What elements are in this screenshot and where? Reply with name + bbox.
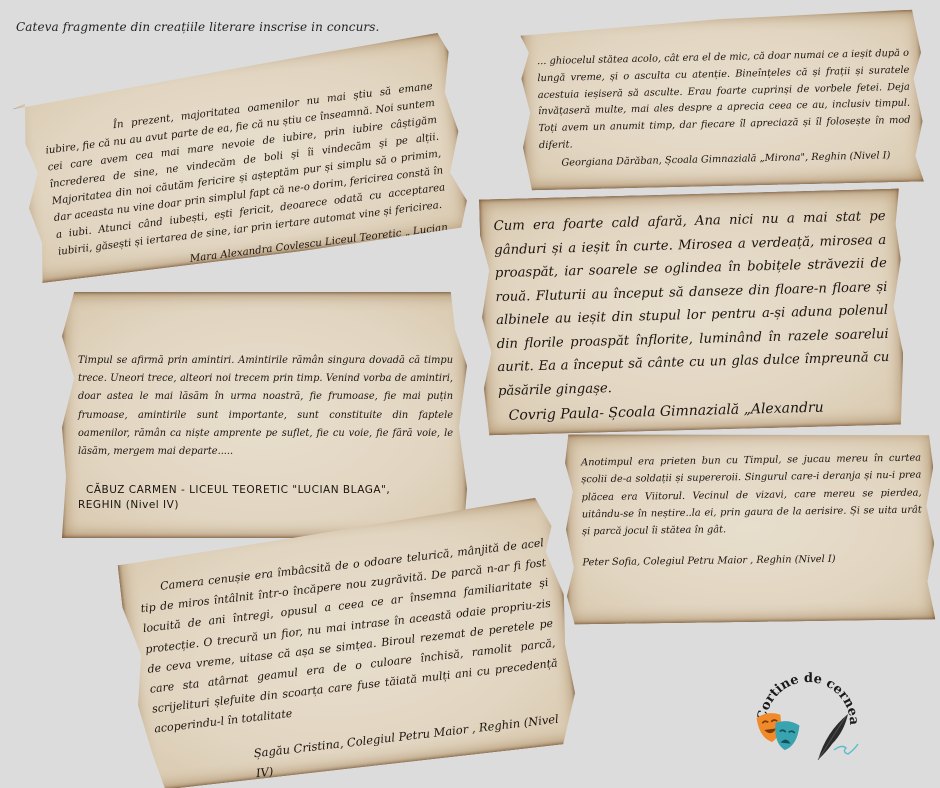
fragment-text: Anotimpul era prieten bun cu Timpul, se …	[581, 450, 922, 541]
fragment-text: ... ghiocelul stătea acolo, cât era el d…	[537, 46, 911, 155]
signature-line-1: CĂBUZ CARMEN - LICEUL TEORETIC "LUCIAN B…	[78, 484, 390, 496]
fragment-card-cabuz: Timpul se afirmă prin amintiri. Amintiri…	[62, 292, 467, 538]
fragment-text: Cum era foarte cald afară, Ana nici nu a…	[493, 205, 890, 403]
fragment-signature: Peter Sofia, Colegiul Petru Maior , Regh…	[582, 550, 922, 572]
page-headline: Cateva fragmente din creațiile literare …	[16, 20, 379, 34]
fragment-text: Camera cenușie era îmbâcsită de o odoare…	[137, 533, 561, 740]
fragment-text: Timpul se afirmă prin amintiri. Amintiri…	[78, 352, 453, 461]
tragedy-mask-icon	[773, 720, 800, 751]
fragment-card-covlescu: În prezent, majoritatea oamenilor nu mai…	[9, 32, 470, 284]
signature-line-2: REGHIN (Nivel IV)	[78, 499, 179, 511]
cortine-de-cerneala-logo: Cortine de cerneală	[748, 652, 868, 762]
fragment-card-covrig: Cum era foarte cald afară, Ana nici nu a…	[479, 189, 905, 436]
fragment-card-peter: Anotimpul era prieten bun cu Timpul, se …	[565, 429, 936, 624]
fragment-card-daraban: ... ghiocelul stătea acolo, cât era el d…	[520, 9, 924, 190]
fragment-card-sagau: Camera cenușie era îmbâcsită de o odoare…	[115, 496, 580, 788]
fragment-signature: CĂBUZ CARMEN - LICEUL TEORETIC "LUCIAN B…	[78, 483, 453, 513]
